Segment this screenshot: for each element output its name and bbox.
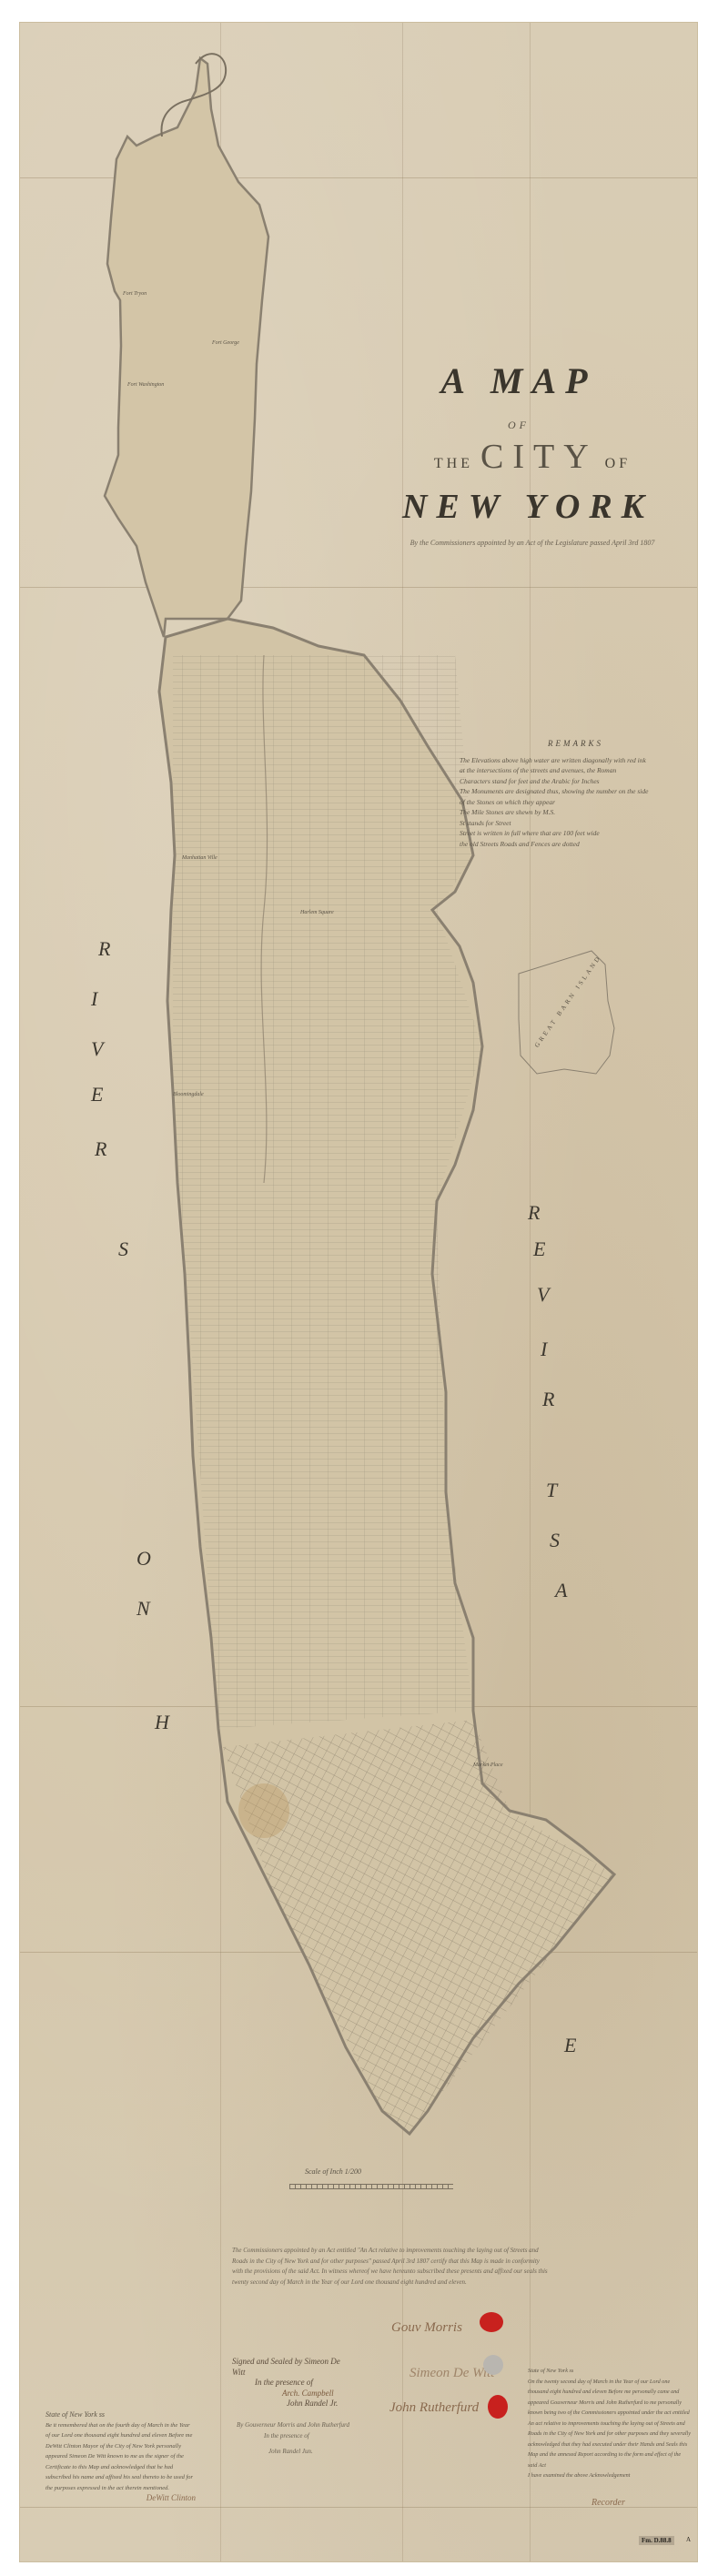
east-river-letter: T xyxy=(546,1479,557,1502)
commissioners-certificate: The Commissioners appointed by an Act en… xyxy=(232,2246,551,2288)
title-of: OF xyxy=(605,456,631,471)
attestation-heading: State of New York ss xyxy=(528,2366,692,2377)
title-city: CITY xyxy=(480,438,598,476)
harlem-square-label: Harlem Square xyxy=(300,910,334,915)
hudson-river-letter: R xyxy=(98,937,110,961)
red-wax-seal xyxy=(480,2312,503,2332)
hudson-river-letter: R xyxy=(95,1137,106,1161)
hudson-river-letter: O xyxy=(136,1547,151,1571)
remarks-line: at the intersections of the streets and … xyxy=(460,765,692,776)
catalog-suffix: A xyxy=(686,2536,691,2543)
remarks-line: of the Stones on which they appear xyxy=(460,797,692,808)
hudson-river-letter: E xyxy=(91,1083,103,1106)
east-river-letter: R xyxy=(528,1201,540,1225)
witness-name: John Randel Jr. xyxy=(232,2399,350,2409)
fort-george-label: Fort George xyxy=(212,340,239,346)
remarks-line: The Monuments are designated thus, showi… xyxy=(460,786,692,797)
title-the: THE xyxy=(434,456,473,471)
scale-bar xyxy=(289,2184,453,2189)
catalog-number-label: Fm. D.88.8 xyxy=(639,2536,674,2545)
fort-washington-label: Fort Washington xyxy=(127,382,164,388)
hudson-river-letter: V xyxy=(91,1037,103,1061)
signature-morris: Gouv Morris xyxy=(391,2320,462,2336)
manhattanville-label: Manhattan Ville xyxy=(182,855,217,861)
map-title-a-map: A MAP xyxy=(409,359,628,402)
attestation-heading: State of New York ss xyxy=(45,2409,196,2420)
remarks-line: The Elevations above high water are writ… xyxy=(460,755,692,766)
bloomingdale-label: Bloomingdale xyxy=(173,1092,204,1097)
hudson-river-letter: H xyxy=(155,1711,169,1734)
signature-de-witt: Simeon De Witt xyxy=(409,2366,494,2381)
map-title-city-line: THE CITY OF xyxy=(396,437,669,477)
fort-tryon-label: Fort Tryon xyxy=(123,291,147,297)
market-place-label: Market Place xyxy=(473,1763,502,1768)
map-title-of: OF xyxy=(455,419,582,432)
remarks-line: Street is written in full where that are… xyxy=(460,828,692,839)
attestation-left: State of New York ss Be it remembered th… xyxy=(45,2409,196,2504)
scale-label: Scale of Inch 1/200 xyxy=(305,2167,361,2176)
witness-name: Arch. Campbell xyxy=(232,2389,350,2399)
attestation-note: I have examined the above Acknowledgemen… xyxy=(528,2470,692,2481)
remarks-line: the old Streets Roads and Fences are dot… xyxy=(460,839,692,850)
witness-block-1: Signed and Sealed by Simeon De Witt In t… xyxy=(232,2357,350,2409)
witness-block-2: By Gouverneur Morris and John Rutherfurd… xyxy=(237,2420,391,2458)
east-river-letter: I xyxy=(541,1338,547,1361)
attestation-body: Be it remembered that on the fourth day … xyxy=(45,2420,196,2494)
remarks-line: St stands for Street xyxy=(460,818,692,829)
red-wax-seal xyxy=(488,2395,508,2419)
east-river-letter: A xyxy=(555,1579,567,1602)
attestation-right: State of New York ss On the twenty secon… xyxy=(528,2366,692,2508)
witness-text: By Gouverneur Morris and John Rutherfurd xyxy=(237,2420,391,2431)
remarks-line: The Mile Stones are shewn by M.S. xyxy=(460,807,692,818)
map-title-new-york: NEW YORK xyxy=(373,487,682,527)
attestation-body: On the twenty second day of March in the… xyxy=(528,2377,692,2471)
remarks-heading: REMARKS xyxy=(460,739,692,750)
east-river-letter: E xyxy=(533,1237,545,1261)
map-subtitle: By the Commissioners appointed by an Act… xyxy=(364,539,701,547)
east-river-letter: V xyxy=(537,1283,549,1307)
witness-text: In the presence of xyxy=(232,2378,350,2389)
east-river-letter: E xyxy=(564,2034,576,2057)
remarks-line: Characters stand for feet and the Arabic… xyxy=(460,776,692,787)
attestation-signature: Recorder xyxy=(528,2498,692,2509)
signature-rutherfurd: John Rutherfurd xyxy=(389,2400,479,2416)
hudson-river-letter: I xyxy=(91,987,97,1011)
witness-name: John Randel Jun. xyxy=(237,2447,391,2458)
hudson-river-letter: S xyxy=(118,1237,128,1261)
witness-text: In the presence of xyxy=(237,2431,391,2442)
east-river-letter: R xyxy=(542,1388,554,1411)
grey-wax-seal xyxy=(483,2355,503,2375)
great-barn-island-outline xyxy=(519,951,614,1074)
attestation-signature: DeWitt Clinton xyxy=(45,2493,196,2504)
hudson-river-letter: N xyxy=(136,1597,150,1621)
witness-text: Signed and Sealed by Simeon De Witt xyxy=(232,2357,350,2378)
remarks-block: REMARKS The Elevations above high water … xyxy=(460,739,692,849)
east-river-letter: S xyxy=(550,1529,560,1552)
northern-manhattan-outline xyxy=(105,58,268,637)
